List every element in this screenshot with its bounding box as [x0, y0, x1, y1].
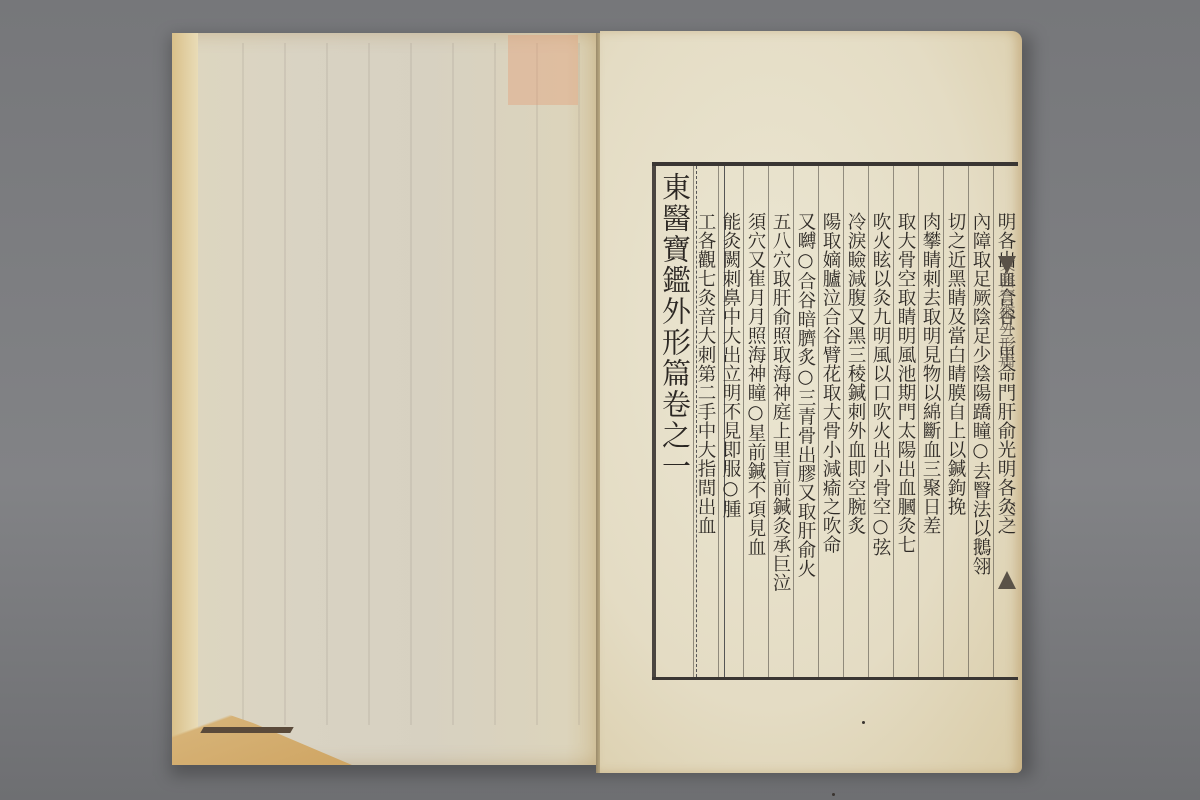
text-column: 切之近黑睛及當白睛膜自上以鍼鉤挽 [943, 166, 968, 677]
ink-speck [862, 721, 865, 724]
faded-seal [508, 35, 578, 105]
frame-left-rule [652, 166, 656, 677]
text-column: 取大骨空取睛明風池期門太陽出血膕灸七 [893, 166, 918, 677]
margin-title: 東醫寶鑑外形篇 [996, 256, 1018, 368]
text-column: 陽取嫡臚泣合谷臂花取大骨小減瘉之吹命 [818, 166, 843, 677]
text-column: 明各出血合谷三里命門肝俞光明各灸之 [993, 166, 1018, 677]
left-page [172, 33, 600, 765]
ink-speck [832, 793, 835, 796]
printed-frame: 東醫寶鑑外形篇卷之一 明各出血合谷三里命門肝俞光明各灸之 內障取足厥陰足少陰陽蹻… [652, 162, 1018, 680]
page-title: 東醫寶鑑外形篇卷之一 [658, 172, 692, 482]
corner-tear [200, 727, 293, 733]
text-column: 又嚩○合谷暗臍炙○三青骨出膠又取肝俞火 [793, 166, 818, 677]
binding-margin [172, 33, 198, 765]
text-column: 工各觀七灸音大刺第二手中大指間出血 [693, 166, 718, 677]
text-column: 內障取足厥陰足少陰陽蹻瞳○去瞖法以鵝翎 [968, 166, 993, 677]
show-through-lines [202, 43, 590, 725]
text-columns: 明各出血合谷三里命門肝俞光明各灸之 內障取足厥陰足少陰陽蹻瞳○去瞖法以鵝翎 切之… [728, 166, 1018, 677]
text-column: 肉攀睛刺去取明見物以綿斷血三聚日差 [918, 166, 943, 677]
text-column: 冷淚瞼減腹又黑三稜鍼刺外血即空腕炙 [843, 166, 868, 677]
page-number: 六三 [998, 499, 1018, 527]
text-column: 五八穴取肝俞照取海神庭上里盲前鍼灸承巨泣 [768, 166, 793, 677]
text-column: 能灸闕刺鼻中大出立明不見即服○腫 [718, 166, 743, 677]
text-column: 吹火眩以灸九明風以口吹火出小骨空○弦 [868, 166, 893, 677]
text-column: 須穴又崔月月照海神瞳○星前鍼不項見血 [743, 166, 768, 677]
right-page: 東醫寶鑑外形篇卷之一 明各出血合谷三里命門肝俞光明各灸之 內障取足厥陰足少陰陽蹻… [600, 31, 1022, 773]
